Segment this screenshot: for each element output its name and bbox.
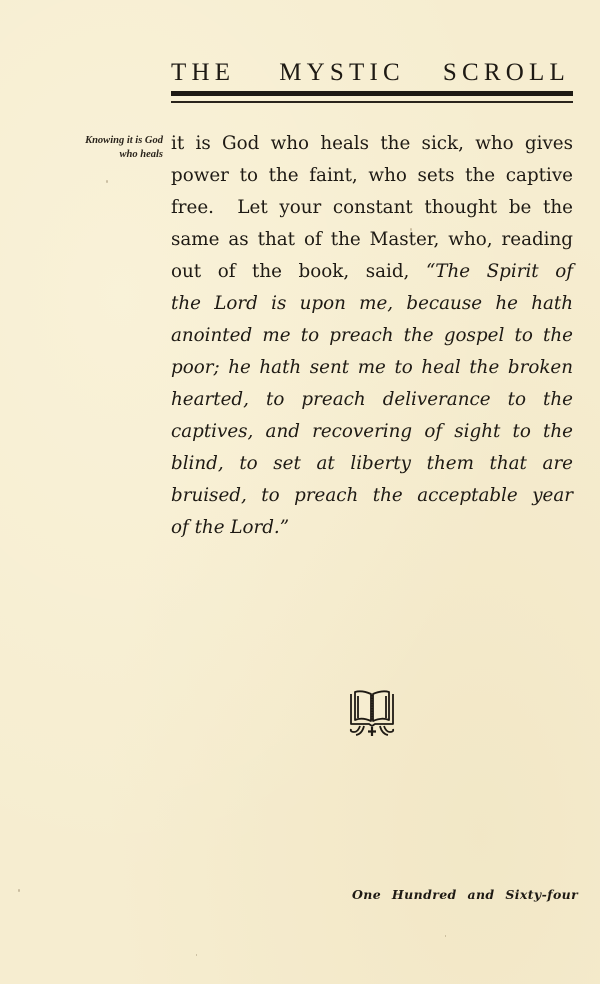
quotation-line: poor; he hath sent me to heal the broken bbox=[171, 352, 573, 384]
paper-speck bbox=[410, 228, 412, 231]
page-number-folio: One Hundred and Sixty-four bbox=[352, 887, 573, 902]
text-line-mixed: out of the book, said, “The Spirit of bbox=[171, 256, 573, 288]
quotation-start: “The Spirit of bbox=[426, 261, 573, 282]
running-head-word: SCROLL bbox=[443, 58, 570, 88]
running-head-word: MYSTIC bbox=[279, 58, 405, 88]
paper-speck bbox=[196, 954, 197, 956]
quotation-line: of the Lord.” bbox=[171, 512, 573, 544]
header-rule-thin bbox=[171, 101, 573, 103]
quotation-line: the Lord is upon me, because he hath bbox=[171, 288, 573, 320]
open-book-on-stand-icon bbox=[346, 688, 398, 740]
body-paragraph: it is God who heals the sick, who gives … bbox=[171, 128, 573, 544]
sidenote-line: who heals bbox=[30, 148, 163, 162]
running-head-word: THE bbox=[171, 58, 235, 88]
paper-speck bbox=[18, 889, 20, 892]
text-line: same as that of the Master, who, reading bbox=[171, 224, 573, 256]
sidenote-line: Knowing it is God bbox=[30, 134, 163, 148]
margin-sidenote: Knowing it is God who heals bbox=[30, 134, 163, 162]
quotation-line: bruised, to preach the acceptable year bbox=[171, 480, 573, 512]
text-line: it is God who heals the sick, who gives bbox=[171, 128, 573, 160]
text-roman-part: out of the book, said, bbox=[171, 261, 426, 282]
paper-speck bbox=[445, 935, 446, 937]
book-page: THEMYSTICSCROLL Knowing it is God who he… bbox=[0, 0, 600, 984]
quotation-line: hearted, to preach deliverance to the bbox=[171, 384, 573, 416]
running-head: THEMYSTICSCROLL bbox=[171, 58, 573, 88]
header-rule-thick bbox=[171, 91, 573, 96]
text-line: free. Let your constant thought be the bbox=[171, 192, 573, 224]
quotation-line: anointed me to preach the gospel to the bbox=[171, 320, 573, 352]
text-line: power to the faint, who sets the captive bbox=[171, 160, 573, 192]
quotation-line: blind, to set at liberty them that are bbox=[171, 448, 573, 480]
paper-speck bbox=[106, 180, 108, 183]
quotation-line: captives, and recovering of sight to the bbox=[171, 416, 573, 448]
